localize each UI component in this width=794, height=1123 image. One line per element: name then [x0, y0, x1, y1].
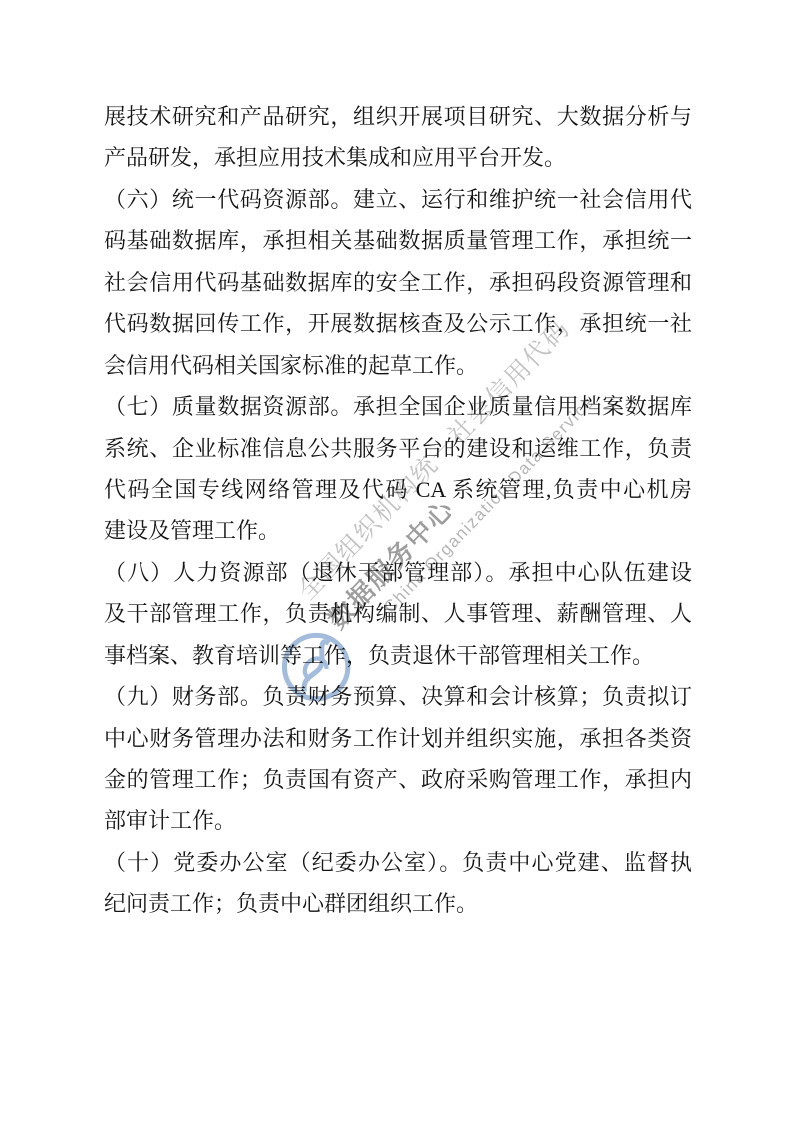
text-line: 代码全国专线网络管理及代码 CA 系统管理,负责中心机房 — [104, 469, 692, 510]
text-line: 展技术研究和产品研究，组织开展项目研究、大数据分析与 — [104, 96, 692, 137]
text-line: 系统、企业标准信息公共服务平台的建设和运维工作，负责 — [104, 428, 692, 469]
text-line: （七）质量数据资源部。承担全国企业质量信用档案数据库 — [104, 386, 692, 427]
document-page: 全国组织机构统一社会信用代码 数据服务中心 China Organization… — [0, 0, 794, 1123]
document-body: 展技术研究和产品研究，组织开展项目研究、大数据分析与 产品研发，承担应用技术集成… — [104, 96, 692, 925]
text-line: 产品研发，承担应用技术集成和应用平台开发。 — [104, 137, 692, 178]
text-line: （十）党委办公室（纪委办公室）。负责中心党建、监督执 — [104, 842, 692, 883]
text-line: 事档案、教育培训等工作，负责退休干部管理相关工作。 — [104, 635, 692, 676]
text-line: 部审计工作。 — [104, 800, 692, 841]
text-line: 代码数据回传工作，开展数据核查及公示工作，承担统一社 — [104, 303, 692, 344]
text-line: 社会信用代码基础数据库的安全工作，承担码段资源管理和 — [104, 262, 692, 303]
text-line: （八）人力资源部（退休干部管理部）。承担中心队伍建设 — [104, 552, 692, 593]
text-line: 及干部管理工作，负责机构编制、人事管理、薪酬管理、人 — [104, 593, 692, 634]
text-line: 纪问责工作；负责中心群团组织工作。 — [104, 883, 692, 924]
text-line: 码基础数据库，承担相关基础数据质量管理工作，承担统一 — [104, 220, 692, 261]
text-line: 中心财务管理办法和财务工作计划并组织实施，承担各类资 — [104, 718, 692, 759]
text-line: （九）财务部。负责财务预算、决算和会计核算；负责拟订 — [104, 676, 692, 717]
text-line: 建设及管理工作。 — [104, 510, 692, 551]
text-line: （六）统一代码资源部。建立、运行和维护统一社会信用代 — [104, 179, 692, 220]
text-line: 金的管理工作；负责国有资产、政府采购管理工作，承担内 — [104, 759, 692, 800]
text-line: 会信用代码相关国家标准的起草工作。 — [104, 345, 692, 386]
